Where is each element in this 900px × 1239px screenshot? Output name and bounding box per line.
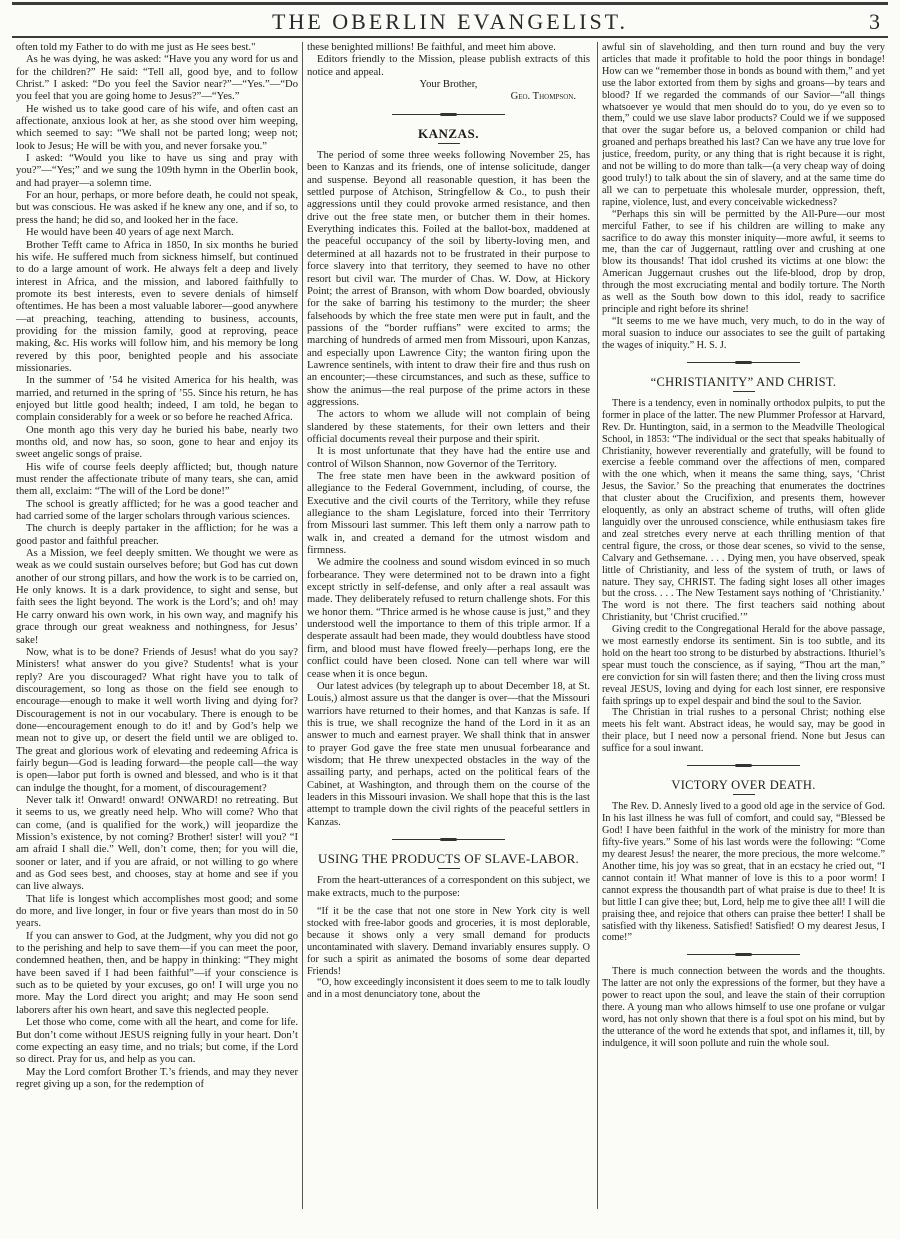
column-divider — [302, 42, 303, 1209]
section-divider — [307, 108, 590, 122]
section-divider — [602, 356, 885, 370]
quote-paragraph: “O, how exceedingly inconsistent it does… — [307, 977, 590, 1001]
heading-rule — [438, 143, 460, 144]
paragraph: If you can answer to God, at the Judgmen… — [16, 931, 298, 1017]
quote-paragraph: “It seems to me we have much, very much,… — [602, 316, 885, 352]
paragraph: Our latest advices (by telegraph up to a… — [307, 681, 590, 829]
letter-signature: Geo. Thompson. — [307, 91, 590, 103]
paragraph: His wife of course feels deeply afflicte… — [16, 462, 298, 499]
paragraph: often told my Father to do with me just … — [16, 42, 298, 54]
paragraph: Brother Tefft came to Africa in 1850, In… — [16, 240, 298, 376]
masthead-top-rule — [12, 2, 888, 5]
column-2: these benighted millions! Be faithful, a… — [307, 42, 590, 1229]
paragraph: The school is greatly afflicted; for he … — [16, 499, 298, 524]
paragraph: One month ago this very day he buried hi… — [16, 425, 298, 462]
masthead-title: THE OBERLIN EVANGELIST. — [0, 9, 900, 35]
paragraph: The Christian in trial rushes to a perso… — [602, 707, 885, 755]
paragraph: I asked: “Would you like to have us sing… — [16, 153, 298, 190]
paragraph: The Rev. D. Annesly lived to a good old … — [602, 801, 885, 944]
letter-closing: Your Brother, — [307, 79, 590, 91]
paragraph: In the summer of ’54 he visited America … — [16, 375, 298, 424]
paragraph: Editors friendly to the Mission, please … — [307, 54, 590, 79]
paragraph: Now, what is to be done? Friends of Jesu… — [16, 647, 298, 795]
heading-rule — [733, 794, 755, 795]
paragraph: From the heart-utterances of a correspon… — [307, 875, 590, 900]
paragraph: He wished us to take good care of his wi… — [16, 104, 298, 153]
paragraph: It is most unfortunate that they have ha… — [307, 446, 590, 471]
section-divider — [307, 833, 590, 847]
paragraph: As a Mission, we feel deeply smitten. We… — [16, 548, 298, 647]
page-number: 3 — [869, 9, 880, 35]
masthead-bottom-rule — [12, 36, 888, 38]
paragraph: The actors to whom we allude will not co… — [307, 409, 590, 446]
quote-paragraph: “Perhaps this sin will be permitted by t… — [602, 209, 885, 316]
paragraph: The free state men have been in the awkw… — [307, 471, 590, 557]
heading-christianity: “CHRISTIANITY” AND CHRIST. — [602, 376, 885, 388]
paragraph: That life is longest which accomplishes … — [16, 894, 298, 931]
column-divider — [597, 42, 598, 1209]
paragraph: these benighted millions! Be faithful, a… — [307, 42, 590, 54]
paragraph: As he was dying, he was asked: “Have you… — [16, 54, 298, 103]
paragraph: Never talk it! Onward! onward! ONWARD! n… — [16, 795, 298, 894]
quote-paragraph: “If it be the case that not one store in… — [307, 906, 590, 977]
paragraph: Giving credit to the Congregational Hera… — [602, 624, 885, 707]
heading-kanzas: KANZAS. — [307, 128, 590, 140]
section-divider — [602, 759, 885, 773]
paragraph: May the Lord comfort Brother T.’s friend… — [16, 1067, 298, 1092]
heading-rule — [733, 391, 755, 392]
column-3: awful sin of slaveholding, and then turn… — [602, 42, 885, 1229]
paragraph: There is much connection between the wor… — [602, 966, 885, 1049]
section-divider — [602, 948, 885, 962]
paragraph: Let those who come, come with all the he… — [16, 1017, 298, 1066]
heading-slave-labor: USING THE PRODUCTS OF SLAVE-LABOR. — [307, 853, 590, 865]
heading-victory: VICTORY OVER DEATH. — [602, 779, 885, 791]
paragraph: The period of some three weeks following… — [307, 150, 590, 409]
quote-paragraph: awful sin of slaveholding, and then turn… — [602, 42, 885, 209]
heading-rule — [438, 868, 460, 869]
paragraph: The church is deeply partaker in the aff… — [16, 523, 298, 548]
paragraph: There is a tendency, even in nominally o… — [602, 398, 885, 624]
paragraph: For an hour, perhaps, or more before dea… — [16, 190, 298, 227]
paragraph: We admire the coolness and sound wisdom … — [307, 557, 590, 680]
paragraph: He would have been 40 years of age next … — [16, 227, 298, 239]
column-1: often told my Father to do with me just … — [16, 42, 298, 1229]
